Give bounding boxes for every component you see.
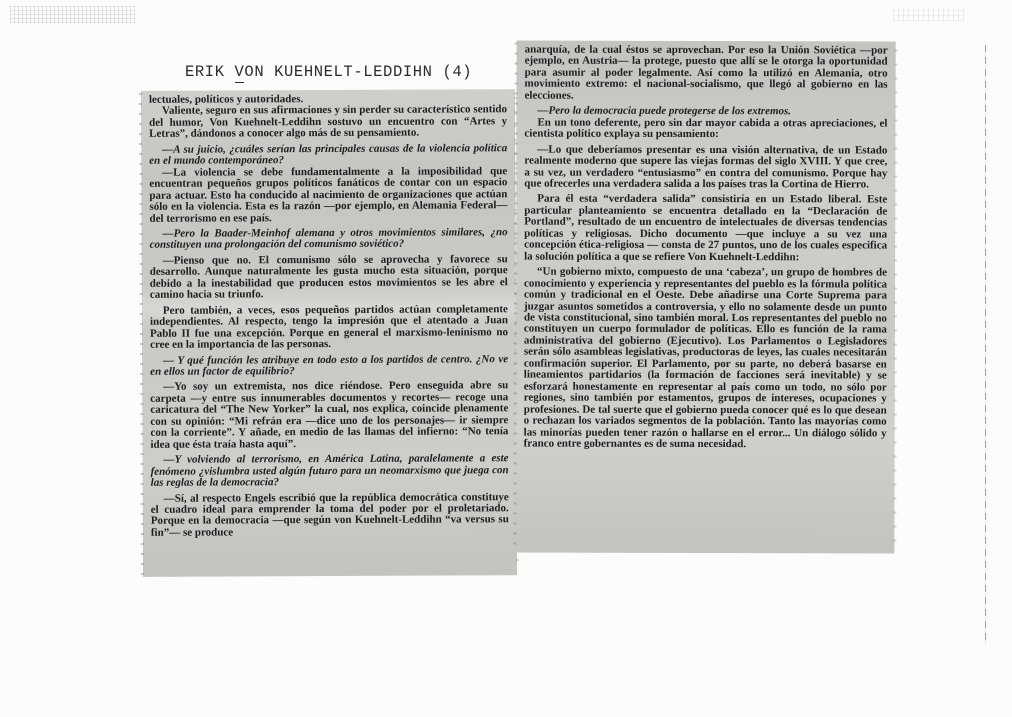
title-text-pre: ERIK [185, 63, 235, 81]
title-underlined-letter: V [235, 63, 245, 83]
paragraph: En un tono deferente, pero sin dar mayor… [524, 117, 887, 141]
interview-question: —Pero la Baader-Meinhof alemana y otros … [150, 227, 508, 251]
paragraph: —Pienso que no. El comunismo sólo se apr… [150, 254, 508, 301]
scan-edge-line [985, 45, 986, 645]
interview-question: — Y qué función les atribuye en todo est… [150, 354, 508, 378]
right-column-clipping: anarquía, de la cual éstos se aprovechan… [515, 41, 895, 554]
scanned-page: ERIK VON KUEHNELT-LEDDIHN (4) lectuales,… [0, 0, 1012, 717]
paragraph: “Un gobierno mixto, compuesto de una ‘ca… [524, 267, 887, 451]
title-text-rest: ON KUEHNELT-LEDDIHN (4) [244, 63, 472, 81]
scanner-noise [893, 8, 965, 21]
paragraph: —Lo que deberíamos presentar es una visi… [524, 144, 887, 191]
page-title: ERIK VON KUEHNELT-LEDDIHN (4) [185, 63, 472, 82]
left-column-clipping: lectuales, políticos y autoridades.Valie… [141, 89, 517, 577]
paragraph: anarquía, de la cual éstos se aprovechan… [525, 45, 888, 103]
paragraph: —Sí, al respecto Engels escribió que la … [151, 492, 509, 539]
paragraph: Pero también, a veces, esos pequeños par… [150, 304, 508, 351]
paragraph: —Yo soy un extremista, nos dice riéndose… [150, 381, 508, 451]
interview-question: —Y volviendo al terrorismo, en América L… [151, 453, 509, 489]
paragraph: Valiente, seguro en sus afirmaciones y s… [149, 105, 507, 141]
paragraph: Para él esta “verdadera salida” consisti… [524, 194, 887, 264]
paragraph: —La violencia se debe fundamentalmente a… [149, 166, 507, 225]
scanner-noise [10, 6, 135, 23]
interview-question: —A su juicio, ¿cuáles serían las princip… [149, 143, 507, 167]
